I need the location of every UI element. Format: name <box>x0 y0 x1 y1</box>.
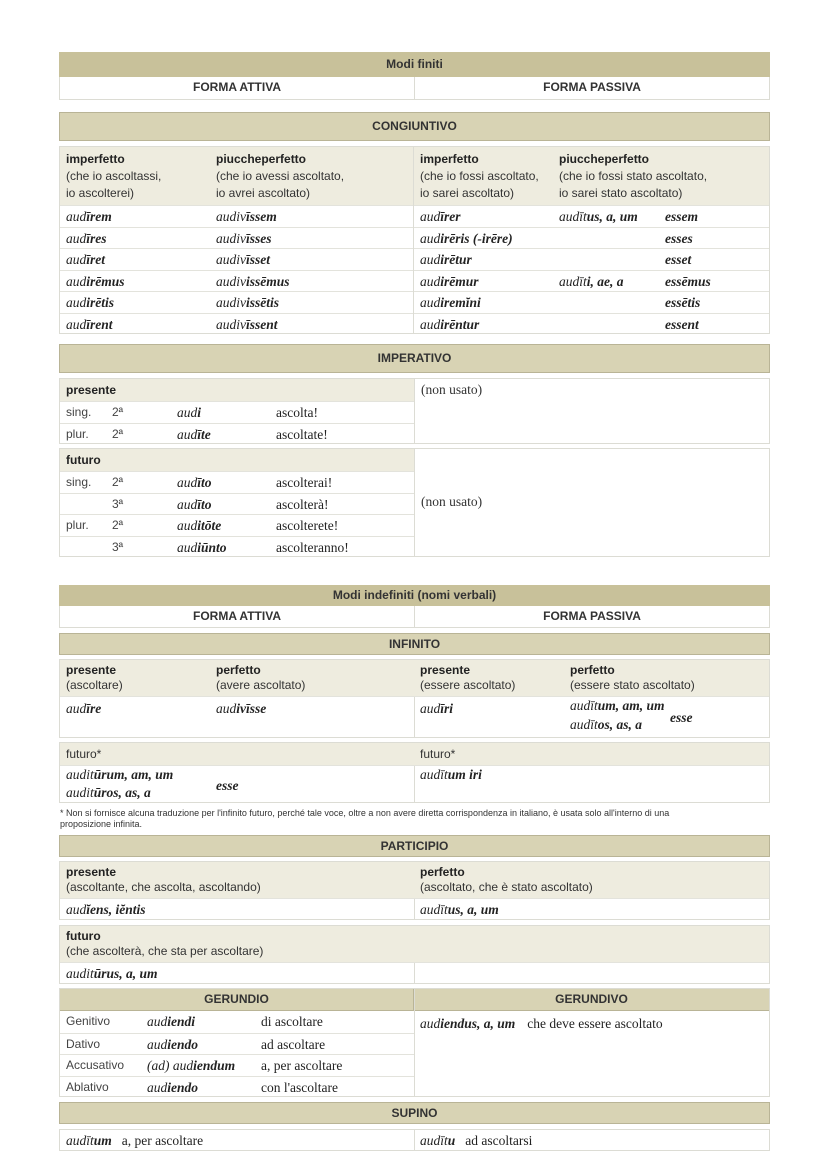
table-row: plur.2ªauditōteascolterete! <box>60 514 414 536</box>
participio-perfetto-passivo: audīti, ae, a <box>559 271 624 292</box>
non-usato-text: (non usato) <box>421 494 482 510</box>
case-label: Dativo <box>66 1034 100 1055</box>
section-title: PARTICIPIO <box>381 839 449 853</box>
piuccheperfetto-attivo: audivīssent <box>216 314 278 335</box>
forma-attiva-label: FORMA ATTIVA <box>60 606 415 627</box>
table-row: sing.2ªaudītoascolterai! <box>60 471 414 493</box>
col-header: imperfetto(che io ascoltassi,io ascolter… <box>66 151 161 202</box>
participio-futuro-table: futuro(che ascolterà, che sta per ascolt… <box>59 925 770 984</box>
person-label: 3ª <box>112 537 123 558</box>
supino-attivo: audītuma, per ascoltare <box>66 1130 203 1151</box>
infinito-futuro-table: futuro* futuro* auditūrum, am, umauditūr… <box>59 742 770 803</box>
piuccheperfetto-attivo: audivissēmus <box>216 271 290 292</box>
gerund-form: (ad) audiendum <box>147 1055 235 1076</box>
imperative-form: audīte <box>177 424 211 445</box>
person-label: 2ª <box>112 424 123 445</box>
section-title: CONGIUNTIVO <box>372 119 457 133</box>
participio-table: presente(ascoltante, che ascolta, ascolt… <box>59 861 770 920</box>
forma-row: FORMA ATTIVA FORMA PASSIVA <box>59 606 770 628</box>
section-title: INFINITO <box>389 637 440 651</box>
section-title: Modi indefiniti (nomi verbali) <box>333 588 496 602</box>
case-label: Accusativo <box>66 1055 124 1076</box>
supino-passivo: audītuad ascoltarsi <box>420 1130 532 1151</box>
table-row: audīreraudītus, a, umessem <box>414 205 769 227</box>
imperativo-futuro-table: futuro sing.2ªaudītoascolterai!3ªaudītoa… <box>59 448 415 557</box>
gerund-form: audiendo <box>147 1034 198 1055</box>
person-label: 2ª <box>112 402 123 423</box>
imperative-form: audiūnto <box>177 537 227 558</box>
imperative-form: audi <box>177 402 201 423</box>
person-label: 3ª <box>112 494 123 515</box>
esse-aux: essem <box>665 206 698 227</box>
participio-presente: audĭens, iĕntis <box>66 899 146 920</box>
esse-aux: essētis <box>665 292 700 313</box>
tense-label: futuro* <box>420 746 455 763</box>
number-label: sing. <box>66 402 91 423</box>
number-label: plur. <box>66 424 89 445</box>
translation: ad ascoltare <box>261 1034 325 1055</box>
table-row: Genitivoaudiendidi ascoltare <box>60 1011 414 1033</box>
number-label: sing. <box>66 472 91 493</box>
esse-aux: essēmus <box>665 271 711 292</box>
tense-label: presente <box>66 383 116 397</box>
infinito-presente-passivo: audīri <box>420 698 453 719</box>
infinito-perfetto-passivo: audītum, am, umaudītos, as, a <box>570 696 665 734</box>
gerundivo-header: GERUNDIVO <box>414 989 769 1010</box>
case-label: Genitivo <box>66 1011 110 1032</box>
table-row: audīrentaudivīssent <box>60 313 413 335</box>
imperfetto-attivo: audirētis <box>66 292 114 313</box>
section-title: IMPERATIVO <box>378 351 452 365</box>
table-row: 3ªaudiūntoascolteranno! <box>60 536 414 558</box>
supino-header: SUPINO <box>59 1102 770 1124</box>
imperativo-futuro-passivo: (non usato) <box>414 448 770 557</box>
participio-perfetto-passivo: audītus, a, um <box>559 206 638 227</box>
piuccheperfetto-attivo: audivīsses <box>216 228 272 249</box>
supino-table: audītuma, per ascoltare audītuad ascolta… <box>59 1129 770 1151</box>
imperfetto-passivo: audīrer <box>420 206 461 227</box>
infinito-perfetto-attivo: audivīsse <box>216 698 266 719</box>
imperative-form: audīto <box>177 472 212 493</box>
col-header: piuccheperfetto(che io avessi ascoltato,… <box>216 151 344 202</box>
table-row: Ablativoaudiendocon l'ascoltare <box>60 1076 414 1098</box>
table-row: audirēmuraudīti, ae, aessēmus <box>414 270 769 292</box>
translation: ascolta! <box>276 402 318 423</box>
participio-perfetto: audītus, a, um <box>420 899 499 920</box>
imperativo-header: IMPERATIVO <box>59 344 770 373</box>
imperativo-presente-table: presente sing.2ªaudiascolta!plur.2ªaudīt… <box>59 378 415 444</box>
table-row: sing.2ªaudiascolta! <box>60 401 414 423</box>
section-title: Modi finiti <box>386 57 443 71</box>
forma-passiva-label: FORMA PASSIVA <box>415 77 769 99</box>
imperfetto-passivo: audirēmur <box>420 271 479 292</box>
participio-futuro: auditūrus, a, um <box>66 963 158 984</box>
congiuntivo-passivo-table: imperfetto(che io fossi ascoltato,io sar… <box>414 146 770 334</box>
imperfetto-passivo: audirēntur <box>420 314 479 335</box>
congiuntivo-header: CONGIUNTIVO <box>59 112 770 141</box>
person-label: 2ª <box>112 472 123 493</box>
table-row: audirēris (-irēre)esses <box>414 227 769 249</box>
translation: ascolteranno! <box>276 537 349 558</box>
gerundivo-form: audiendus, a, umche deve essere ascoltat… <box>420 1013 663 1034</box>
esse-aux: esse <box>216 775 239 796</box>
esse-aux: esses <box>665 228 693 249</box>
gerund-form: audiendo <box>147 1077 198 1098</box>
person-label: 2ª <box>112 515 123 536</box>
esse-aux: esse <box>670 707 693 728</box>
forma-attiva-label: FORMA ATTIVA <box>60 77 415 99</box>
modi-indefiniti-header: Modi indefiniti (nomi verbali) <box>59 585 770 606</box>
modi-finiti-header: Modi finiti <box>59 52 770 77</box>
imperfetto-passivo: audiremĭni <box>420 292 481 313</box>
imperfetto-attivo: audīrent <box>66 314 113 335</box>
infinito-table: presente(ascoltare) perfetto(avere ascol… <box>59 659 770 738</box>
footnote: * Non si fornisce alcuna traduzione per … <box>60 808 772 830</box>
table-row: audirētisaudivissētis <box>60 291 413 313</box>
infinito-futuro-attivo: auditūrum, am, umauditūros, as, a <box>66 766 173 802</box>
translation: ascolterà! <box>276 494 328 515</box>
translation: di ascoltare <box>261 1011 323 1032</box>
imperative-form: audīto <box>177 494 212 515</box>
case-label: Ablativo <box>66 1077 109 1098</box>
imperfetto-attivo: audīrem <box>66 206 112 227</box>
table-row: audīremaudivīssem <box>60 205 413 227</box>
tense-label: futuro <box>66 453 101 467</box>
imperative-form: auditōte <box>177 515 221 536</box>
table-row: audīresaudivīsses <box>60 227 413 249</box>
forma-passiva-label: FORMA PASSIVA <box>415 606 769 627</box>
translation: ascoltate! <box>276 424 328 445</box>
table-row: audirēturesset <box>414 248 769 270</box>
table-row: plur.2ªaudīteascoltate! <box>60 423 414 445</box>
infinito-futuro-passivo: audītum iri <box>420 766 482 784</box>
imperfetto-attivo: audīres <box>66 228 107 249</box>
table-row: audīretaudivīsset <box>60 248 413 270</box>
translation: con l'ascoltare <box>261 1077 338 1098</box>
participio-header: PARTICIPIO <box>59 835 770 857</box>
congiuntivo-attivo-table: imperfetto(che io ascoltassi,io ascolter… <box>59 146 414 334</box>
imperfetto-passivo: audirēris (-irēre) <box>420 228 513 249</box>
table-row: audiremĭniessētis <box>414 291 769 313</box>
table-row: Accusativo(ad) audienduma, per ascoltare <box>60 1054 414 1076</box>
imperfetto-passivo: audirētur <box>420 249 472 270</box>
number-label: plur. <box>66 515 89 536</box>
table-row: 3ªaudītoascolterà! <box>60 493 414 515</box>
gerund-form: audiendi <box>147 1011 195 1032</box>
translation: ascolterai! <box>276 472 332 493</box>
piuccheperfetto-attivo: audivīsset <box>216 249 270 270</box>
infinito-header: INFINITO <box>59 633 770 655</box>
table-row: Dativoaudiendoad ascoltare <box>60 1033 414 1055</box>
col-header: imperfetto(che io fossi ascoltato,io sar… <box>420 151 539 202</box>
translation: ascolterete! <box>276 515 338 536</box>
gerundio-gerundivo-table: GERUNDIO GERUNDIVO Genitivoaudiendidi as… <box>59 988 770 1097</box>
esse-aux: essent <box>665 314 699 335</box>
infinito-presente-attivo: audīre <box>66 698 101 719</box>
imperativo-presente-passivo: (non usato) <box>414 378 770 444</box>
translation: a, per ascoltare <box>261 1055 342 1076</box>
esse-aux: esset <box>665 249 691 270</box>
forma-row: FORMA ATTIVA FORMA PASSIVA <box>59 77 770 100</box>
imperfetto-attivo: audirēmus <box>66 271 125 292</box>
table-row: audirēnturessent <box>414 313 769 335</box>
col-header: piuccheperfetto(che io fossi stato ascol… <box>559 151 707 202</box>
gerundio-header: GERUNDIO <box>60 989 414 1010</box>
section-title: SUPINO <box>391 1106 437 1120</box>
non-usato-text: (non usato) <box>421 382 482 398</box>
tense-label: futuro* <box>66 746 101 763</box>
piuccheperfetto-attivo: audivīssem <box>216 206 277 227</box>
piuccheperfetto-attivo: audivissētis <box>216 292 279 313</box>
table-row: audirēmusaudivissēmus <box>60 270 413 292</box>
imperfetto-attivo: audīret <box>66 249 105 270</box>
